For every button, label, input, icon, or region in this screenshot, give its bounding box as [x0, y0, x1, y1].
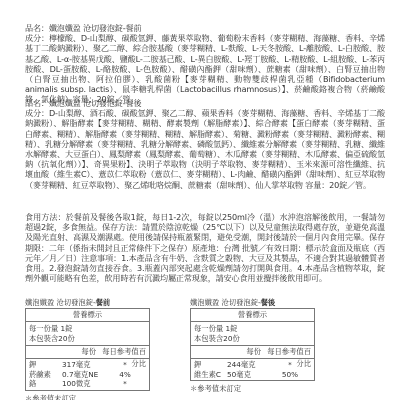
- nutrition-title: 孅泡孅盈 沧切發泡錠-餐前: [25, 297, 150, 308]
- usage-section: 食用方法：於餐前及餐後各取1錠，每日1-2次，每錠以250ml冷（溫）水沖泡溶解…: [25, 212, 385, 283]
- nutrition-box: 營養標示 每一份量 1錠 本包裝含20份 每份 每日參考值百分比 鉀 244毫克…: [190, 308, 315, 381]
- nutrition-table-after: 孅泡孅盈 沧切發泡錠-餐後 營養標示 每一份量 1錠 本包裝含20份 每份 每日…: [190, 297, 315, 394]
- nutrient-row: 維生素C 50毫克 50%: [194, 370, 311, 380]
- product-name-after: 品名：孅泡孅盈 沧切發泡錠-餐後: [25, 98, 385, 108]
- nutrition-rows: 鉀 244毫克 * 維生素C 50毫克 50%: [191, 359, 314, 380]
- serving-info: 每一份量 1錠 本包裝含20份: [26, 322, 149, 346]
- nutrient-row: 鉀 244毫克 *: [194, 360, 311, 370]
- nutrition-columns: 每份 每日參考值百分比: [26, 346, 149, 359]
- nutrition-box: 營養標示 每一份量 1錠 本包裝含20份 每份 每日參考值百分比 鉀 317毫克…: [25, 308, 150, 391]
- nutrition-title: 孅泡孅盈 沧切發泡錠-餐後: [190, 297, 315, 308]
- nutrient-row: 鉻 100微克 *: [29, 379, 146, 389]
- nutrient-row: 菸鹼素 0.7毫克NE 4%: [29, 370, 146, 380]
- nutrient-row: 鉀 317毫克 *: [29, 360, 146, 370]
- ingredients-after: 成分：D-山梨醇、酒石酸、碳酸氫鉀、聚乙二醇、蘋果香料（麥芽糊精、海藻糖、香料、…: [25, 108, 385, 190]
- nutrition-columns: 每份 每日參考值百分比: [191, 346, 314, 359]
- nutrition-header: 營養標示: [191, 309, 314, 322]
- footnote: ＊參考值未訂定: [25, 394, 150, 400]
- before-meal-section: 品名：孅泡孅盈 沧切發泡錠-餐前 成分：檸檬酸、D-山梨醇、碳酸氫鉀、藤黃果萃取…: [25, 23, 385, 105]
- after-meal-section: 品名：孅泡孅盈 沧切發泡錠-餐後 成分：D-山梨醇、酒石酸、碳酸氫鉀、聚乙二醇、…: [25, 98, 385, 190]
- serving-info: 每一份量 1錠 本包裝含20份: [191, 322, 314, 346]
- ingredients-before: 成分：檸檬酸、D-山梨醇、碳酸氫鉀、藤黃果萃取物、葡萄粉末香料（麥芽糊精、海藻糖…: [25, 33, 385, 104]
- product-name-before: 品名：孅泡孅盈 沧切發泡錠-餐前: [25, 23, 385, 33]
- footnote: ＊參考值未訂定: [190, 384, 315, 394]
- usage-text: 食用方法：於餐前及餐後各取1錠，每日1-2次，每錠以250ml冷（溫）水沖泡溶解…: [25, 212, 385, 283]
- nutrition-header: 營養標示: [26, 309, 149, 322]
- nutrition-table-before: 孅泡孅盈 沧切發泡錠-餐前 營養標示 每一份量 1錠 本包裝含20份 每份 每日…: [25, 297, 150, 400]
- nutrition-rows: 鉀 317毫克 * 菸鹼素 0.7毫克NE 4% 鉻 100微克 *: [26, 359, 149, 390]
